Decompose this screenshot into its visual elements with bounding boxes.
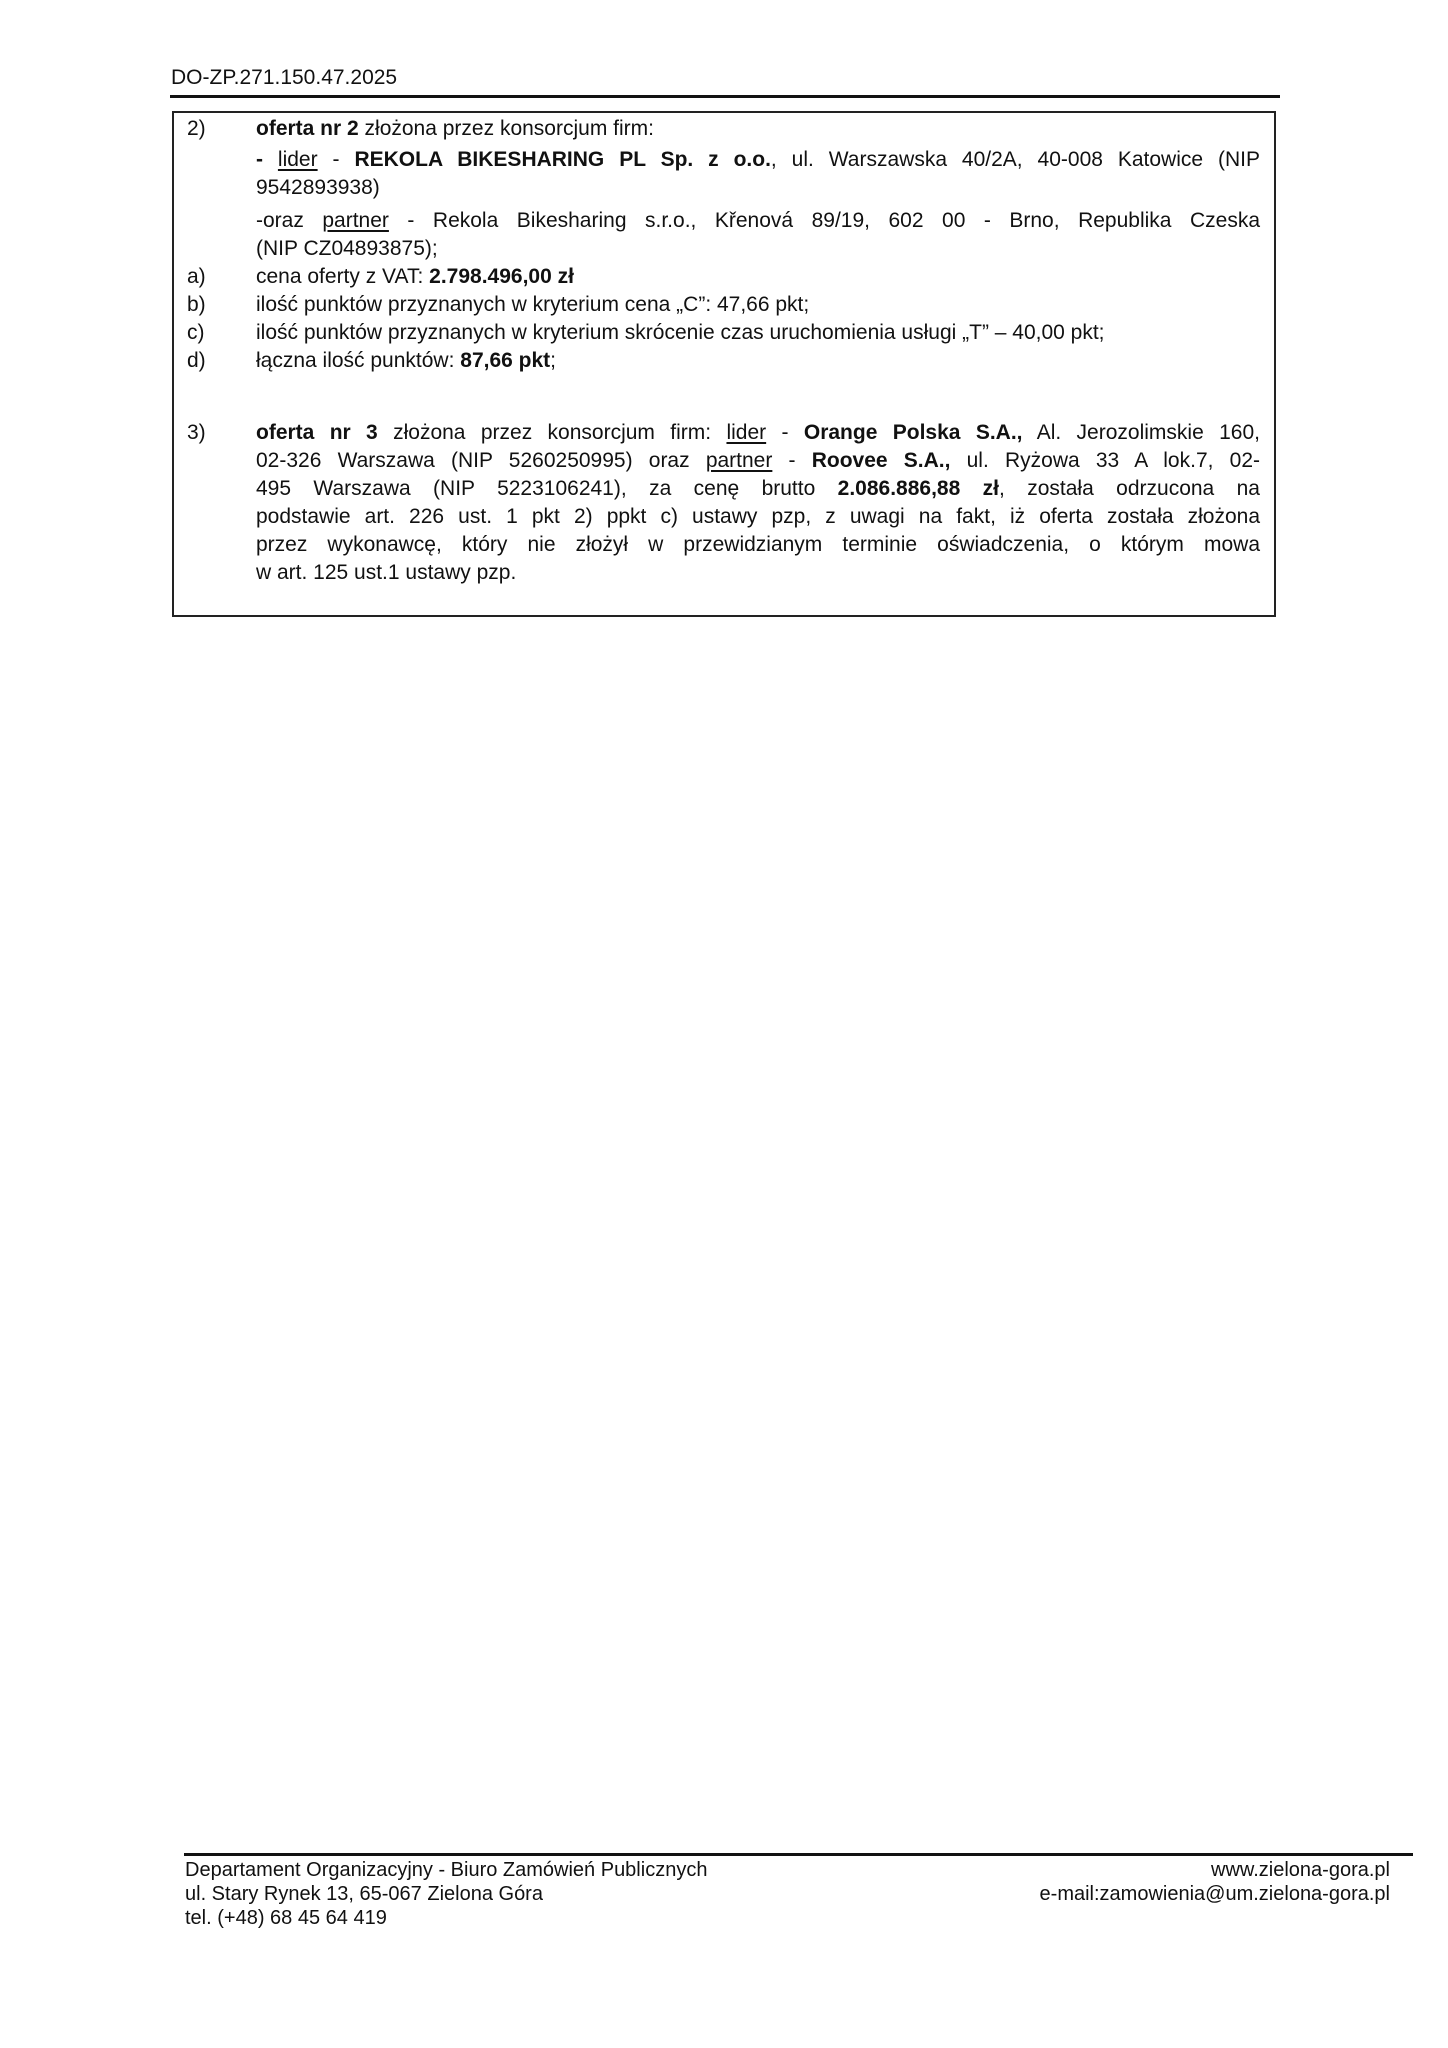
criterion-text: ilość punktów przyznanych w kryterium ce… [256, 291, 1260, 319]
offer-3-leader-name: Orange Polska S.A., [804, 421, 1023, 444]
offer-3-line-1: 3) oferta nr 3 złożona przez konsorcjum … [174, 419, 1274, 447]
offer-3-line-6: w art. 125 ust.1 ustawy pzp. [174, 559, 1274, 587]
leader-address: , ul. Warszawska 40/2A, 40-008 Katowice … [771, 148, 1260, 171]
footer-email-link[interactable]: e-mail:zamowienia@um.zielona-gora.pl [1040, 1882, 1390, 1906]
partner-role: partner [322, 209, 389, 232]
offer-3-marker: 3) [187, 419, 206, 447]
criterion-label: ilość punktów przyznanych w kryterium ce… [256, 293, 809, 316]
offer-3-text-2: 02-326 Warszawa (NIP 5260250995) oraz pa… [256, 447, 1260, 475]
offer-2-criterion-c: c)ilość punktów przyznanych w kryterium … [174, 319, 1274, 347]
criterion-marker: b) [187, 291, 206, 319]
footer-rule [184, 1853, 1413, 1856]
offer-3-text-6: w art. 125 ust.1 ustawy pzp. [256, 559, 1260, 587]
offer-2-partner-nip-line: (NIP CZ04893875); [174, 235, 1274, 263]
offer-2-title-bold: oferta nr 2 [256, 117, 359, 140]
leader-sep: - [318, 148, 355, 171]
offer-2-partner-line: -oraz partner - Rekola Bikesharing s.r.o… [174, 207, 1274, 235]
footer-website-link[interactable]: www.zielona-gora.pl [1040, 1858, 1390, 1882]
offer-3-price: 2.086.886,88 zł [838, 477, 999, 500]
offer-3-t1: złożona przez konsorcjum firm: [378, 421, 727, 444]
offer-3-partner-role: partner [706, 449, 773, 472]
offer-2-leader: - lider - REKOLA BIKESHARING PL Sp. z o.… [256, 146, 1260, 174]
leader-dash: - [256, 148, 278, 171]
offer-2-leader-nip-line: 9542893938) [174, 174, 1274, 202]
footer-address: ul. Stary Rynek 13, 65-067 Zielona Góra [185, 1882, 707, 1906]
offer-3-partner-nip: 495 Warszawa (NIP 5223106241), za cenę b… [256, 477, 838, 500]
criterion-text: łączna ilość punktów: 87,66 pkt; [256, 347, 1260, 375]
criterion-value: 2.798.496,00 zł [429, 265, 574, 288]
criterion-label: ilość punktów przyznanych w kryterium sk… [256, 321, 1105, 344]
criterion-text: cena oferty z VAT: 2.798.496,00 zł [256, 263, 1260, 291]
offers-box: 2) oferta nr 2 złożona przez konsorcjum … [172, 111, 1276, 617]
offer-3-leader-address: Al. Jerozolimskie 160, [1023, 421, 1261, 444]
criterion-marker: c) [187, 319, 205, 347]
offer-3-title-bold: oferta nr 3 [256, 421, 378, 444]
partner-details: - Rekola Bikesharing s.r.o., Křenová 89/… [389, 209, 1260, 232]
leader-name: REKOLA BIKESHARING PL Sp. z o.o. [354, 148, 770, 171]
criterion-suffix: ; [550, 349, 556, 372]
offer-3-line-4: podstawie art. 226 ust. 1 pkt 2) ppkt c)… [174, 503, 1274, 531]
offer-2-criterion-b: b)ilość punktów przyznanych w kryterium … [174, 291, 1274, 319]
offer-2-criterion-d: d)łączna ilość punktów: 87,66 pkt; [174, 347, 1274, 375]
offer-2-title-rest: złożona przez konsorcjum firm: [359, 117, 654, 140]
criterion-label: cena oferty z VAT: [256, 265, 429, 288]
partner-nip: (NIP CZ04893875); [256, 235, 1260, 263]
offer-3-text-5: przez wykonawcę, który nie złożył w prze… [256, 531, 1260, 559]
offer-3-sep1: - [766, 421, 804, 444]
offer-3-line-5: przez wykonawcę, który nie złożył w prze… [174, 531, 1274, 559]
offer-3-leader-nip: 02-326 Warszawa (NIP 5260250995) oraz [256, 449, 706, 472]
criterion-marker: a) [187, 263, 206, 291]
leader-role: lider [278, 148, 318, 171]
offer-2-title-line: 2) oferta nr 2 złożona przez konsorcjum … [174, 115, 1274, 143]
footer-phone: tel. (+48) 68 45 64 419 [185, 1906, 707, 1930]
offer-2-criterion-a: a)cena oferty z VAT: 2.798.496,00 zł [174, 263, 1274, 291]
criterion-marker: d) [187, 347, 206, 375]
offer-3-text-1: oferta nr 3 złożona przez konsorcjum fir… [256, 419, 1260, 447]
offer-2-marker: 2) [187, 115, 206, 143]
offer-2-partner: -oraz partner - Rekola Bikesharing s.r.o… [256, 207, 1260, 235]
criterion-value: 87,66 pkt [460, 349, 550, 372]
offer-3-partner-address: ul. Ryżowa 33 A lok.7, 02- [950, 449, 1260, 472]
offer-2-leader-line: - lider - REKOLA BIKESHARING PL Sp. z o.… [174, 146, 1274, 174]
offer-3-partner-name: Roovee S.A., [812, 449, 951, 472]
partner-prefix: -oraz [256, 209, 322, 232]
offer-3-sep2: - [772, 449, 811, 472]
offer-3-leader-role: lider [726, 421, 766, 444]
offer-3-text-3: 495 Warszawa (NIP 5223106241), za cenę b… [256, 475, 1260, 503]
header-rule [170, 95, 1280, 98]
criterion-label: łączna ilość punktów: [256, 349, 460, 372]
footer-contact: Departament Organizacyjny - Biuro Zamówi… [185, 1858, 707, 1930]
footer-department: Departament Organizacyjny - Biuro Zamówi… [185, 1858, 707, 1882]
document-reference: DO-ZP.271.150.47.2025 [171, 66, 397, 90]
offer-3-line-2: 02-326 Warszawa (NIP 5260250995) oraz pa… [174, 447, 1274, 475]
offer-3-line-3: 495 Warszawa (NIP 5223106241), za cenę b… [174, 475, 1274, 503]
criterion-text: ilość punktów przyznanych w kryterium sk… [256, 319, 1260, 347]
offer-2-title: oferta nr 2 złożona przez konsorcjum fir… [256, 115, 1260, 143]
leader-nip: 9542893938) [256, 174, 1260, 202]
footer-web: www.zielona-gora.ple-mail:zamowienia@um.… [1040, 1858, 1390, 1906]
offer-3-rejected: , została odrzucona na [999, 477, 1260, 500]
offer-3-text-4: podstawie art. 226 ust. 1 pkt 2) ppkt c)… [256, 503, 1260, 531]
